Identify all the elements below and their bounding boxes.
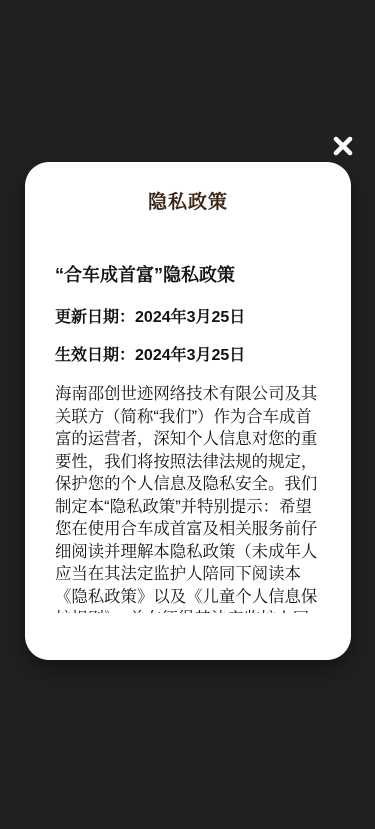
update-date-label: 更新日期： [55,309,135,326]
close-button[interactable] [328,131,358,161]
policy-scroll-area[interactable]: “合车成首富”隐私政策 更新日期：2024年3月25日 生效日期：2024年3月… [55,263,321,613]
effective-date-label: 生效日期： [55,347,135,364]
effective-date-value: 2024年3月25日 [135,347,245,364]
screen: 隐私政策 “合车成首富”隐私政策 更新日期：2024年3月25日 生效日期：20… [0,0,375,829]
effective-date: 生效日期：2024年3月25日 [55,345,321,367]
modal-title: 隐私政策 [55,190,321,216]
close-icon [331,134,355,158]
update-date-value: 2024年3月25日 [135,309,245,326]
policy-body-text: 海南邵创世迹网络技术有限公司及其关联方（简称“我们”）作为合车成首富的运营者，深… [55,383,321,613]
update-date: 更新日期：2024年3月25日 [55,307,321,329]
privacy-policy-modal: 隐私政策 “合车成首富”隐私政策 更新日期：2024年3月25日 生效日期：20… [25,162,351,660]
policy-heading: “合车成首富”隐私政策 [55,263,321,287]
